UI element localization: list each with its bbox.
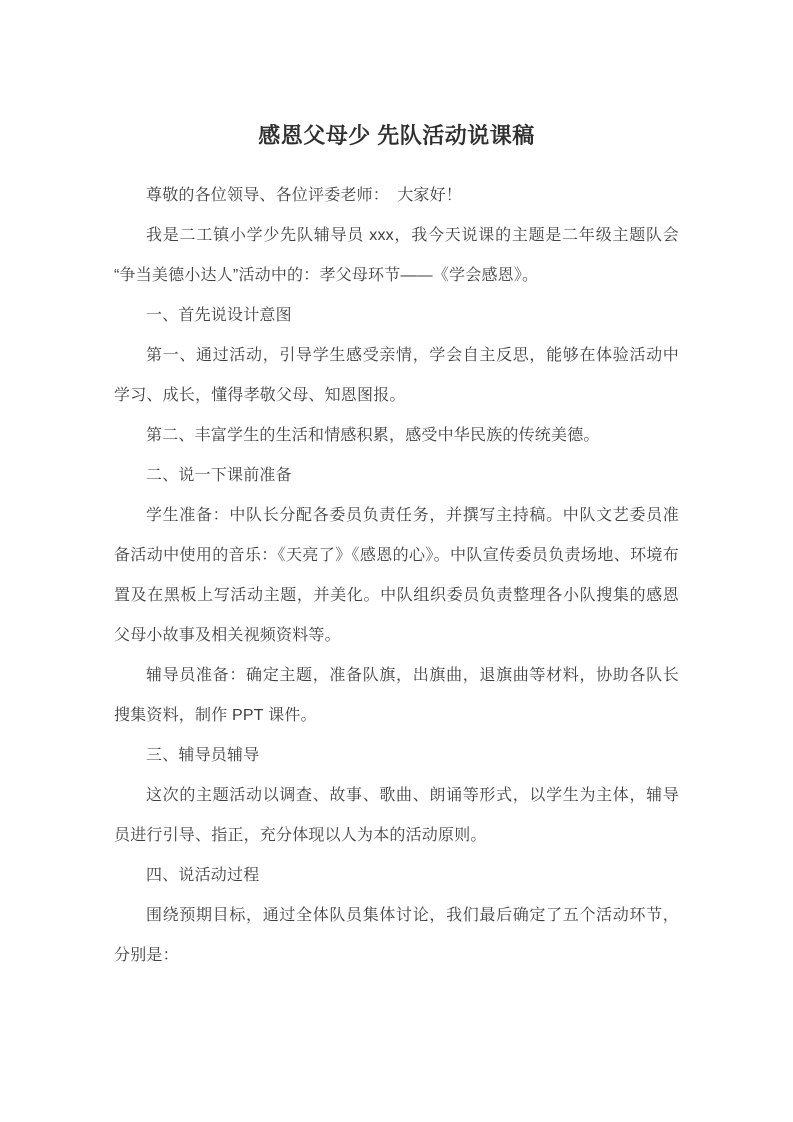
document-title: 感恩父母少 先队活动说课稿 (114, 120, 679, 152)
paragraph-intro: 我是二工镇小学少先队辅导员 xxx，我今天说课的主题是二年级主题队会“争当美德小… (114, 216, 679, 296)
paragraph-greeting: 尊敬的各位领导、各位评委老师： 大家好！ (114, 176, 679, 216)
paragraph-counselor-prep: 辅导员准备：确定主题，准备队旗，出旗曲，退旗曲等材料，协助各队长搜集资料，制作 … (114, 656, 679, 736)
paragraph-point-two: 第二、丰富学生的生活和情感积累，感受中华民族的传统美德。 (114, 416, 679, 456)
paragraph-student-prep: 学生准备：中队长分配各委员负责任务，并撰写主持稿。中队文艺委员准备活动中使用的音… (114, 496, 679, 656)
paragraph-guidance-detail: 这次的主题活动以调查、故事、歌曲、朗诵等形式，以学生为主体，辅导员进行引导、指正… (114, 776, 679, 856)
heading-activity-process: 四、说活动过程 (114, 856, 679, 896)
heading-counselor-guidance: 三、辅导员辅导 (114, 736, 679, 776)
document-body: 尊敬的各位领导、各位评委老师： 大家好！ 我是二工镇小学少先队辅导员 xxx，我… (114, 176, 679, 976)
paragraph-process-intro: 围绕预期目标，通过全体队员集体讨论，我们最后确定了五个活动环节，分别是： (114, 896, 679, 976)
heading-preparation: 二、说一下课前准备 (114, 456, 679, 496)
heading-design-intent: 一、首先说设计意图 (114, 296, 679, 336)
paragraph-point-one: 第一、通过活动，引导学生感受亲情，学会自主反思，能够在体验活动中学习、成长，懂得… (114, 336, 679, 416)
document-page: 感恩父母少 先队活动说课稿 尊敬的各位领导、各位评委老师： 大家好！ 我是二工镇… (0, 0, 793, 1122)
